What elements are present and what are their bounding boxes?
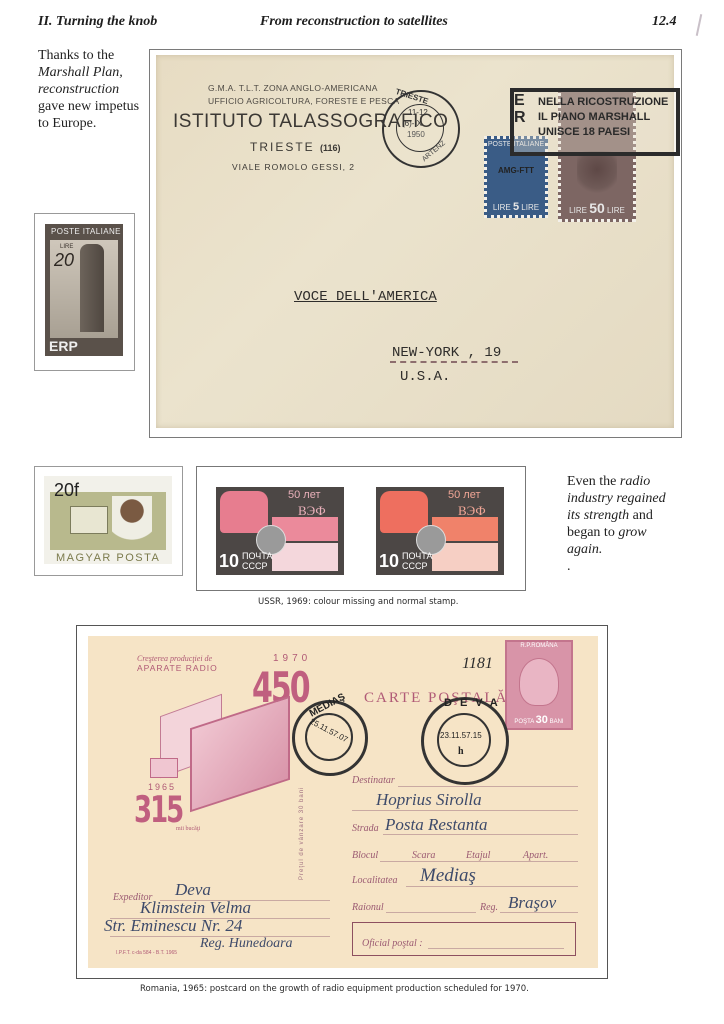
telephone-icon <box>220 491 268 533</box>
label-reg: Reg. <box>480 902 498 913</box>
addressee-name: VOCE DELL'AMERICA <box>294 289 437 305</box>
postmark-year: 1950 <box>407 130 425 139</box>
stamp-ussr-normal: 50 лет ВЭФ 10 ПОЧТАСССР <box>376 487 504 575</box>
postcard-heading-2: APARATE RADIO <box>137 663 218 673</box>
postmark-deva-inner <box>437 713 491 767</box>
stamp-ussr-colour-missing: 50 лет ВЭФ 10 ПОЧТАСССР <box>216 487 344 575</box>
letterhead-line: G.M.A. T.L.T. ZONA ANGLO-AMERICANA <box>208 83 378 93</box>
radio-text: Even the radio industry regained its str… <box>567 473 717 575</box>
stamp-erp-image: LIRE 20 <box>50 240 118 338</box>
pencil-note: 1181 <box>462 655 493 673</box>
postmark-time: 11-12 <box>408 108 428 117</box>
underline-dashed <box>390 361 518 363</box>
label-destinatar: Destinatar <box>352 775 395 786</box>
year-target: 1970 <box>273 653 311 664</box>
line <box>380 861 578 862</box>
value-reg: Braşov <box>508 893 556 913</box>
coat-of-arms-icon <box>519 658 559 706</box>
worker-figure-icon <box>80 244 104 332</box>
label-scara: Scara <box>412 850 435 861</box>
label-raionul: Raionul <box>352 902 384 913</box>
section-heading: II. Turning the knob <box>38 14 157 30</box>
page-title: From reconstruction to satellites <box>260 14 448 30</box>
price-note: Preţul de vânzare 30 bani <box>299 787 305 880</box>
intro-line: gave new impetus <box>38 98 148 115</box>
imprinted-stamp: R.P.ROMÂNA POŞTA 30 BANI <box>505 640 573 730</box>
postmark-deva-letter: h <box>458 746 464 757</box>
postmark-deva-date: 23.11.57.15 <box>440 731 482 740</box>
postcard-heading-1: Creşterea producţiei de <box>137 654 212 663</box>
letterhead-line: UFFICIO AGRICOLTURA, FORESTE E PESCA <box>208 96 400 106</box>
value-localitatea: Mediaş <box>420 865 476 887</box>
intro-line: Thanks to the <box>38 47 148 64</box>
radio-illustration-small <box>150 758 178 778</box>
olive-tree-icon <box>577 151 617 197</box>
line <box>428 948 564 949</box>
value-destinatar: Hoprius Sirolla <box>376 790 482 810</box>
label-localitatea: Localitatea <box>352 875 398 886</box>
addressee-city: NEW-YORK , 19 <box>392 345 501 361</box>
line <box>406 886 578 887</box>
stamp-hungary: 20f MAGYAR POSTA <box>44 476 172 564</box>
postcard-caption: Romania, 1965: postcard on the growth of… <box>140 984 529 994</box>
postmark-deva-town: DEVA <box>444 697 506 709</box>
telephone-icon <box>380 491 428 533</box>
intro-line: reconstruction <box>38 81 148 98</box>
line <box>386 912 476 913</box>
line <box>500 912 578 913</box>
intro-line: to Europe. <box>38 115 148 132</box>
label-etajul: Etajul <box>466 850 490 861</box>
stamp-erp-italy: POSTE ITALIANE LIRE 20 ERP <box>45 224 123 356</box>
pencil-mark <box>696 14 703 36</box>
label-blocul: Blocul <box>352 850 378 861</box>
addressee-country: U.S.A. <box>400 369 450 385</box>
letterhead-street: VIALE ROMOLO GESSI, 2 <box>232 162 355 172</box>
label-oficial: Oficial poştal : <box>362 938 423 949</box>
radio-icon <box>70 506 108 534</box>
slogan-cancel-text: NELLA RICOSTRUZIONE IL PIANO MARSHALL UN… <box>538 95 668 140</box>
letterhead-city: TRIESTE (116) <box>250 140 341 154</box>
unit-base: mii bucăţi <box>176 826 200 832</box>
label-apart: Apart. <box>523 850 548 861</box>
page-number: 12.4 <box>652 14 677 30</box>
postmark-date: (6)-IX <box>402 119 422 128</box>
intro-text: Thanks to the Marshall Plan, reconstruct… <box>38 47 148 132</box>
line <box>398 786 578 787</box>
value-strada: Posta Restanta <box>385 815 487 835</box>
printer-line: I.P.F.T. c-da 584 - B.T. 1965 <box>116 950 177 956</box>
intro-line: Marshall Plan, <box>38 64 148 81</box>
line <box>383 834 578 835</box>
sender-line-3: Str. Eminescu Nr. 24 <box>104 916 242 936</box>
sender-line-4: Reg. Hunedoara <box>200 936 293 952</box>
sender-line-1: Deva <box>175 880 211 900</box>
slogan-cancel-e: ER <box>514 92 530 142</box>
label-strada: Strada <box>352 823 379 834</box>
ussr-caption: USSR, 1969: colour missing and normal st… <box>258 597 458 607</box>
woman-figure-icon <box>112 496 152 546</box>
sender-line-2: Klimstein Velma <box>140 898 251 918</box>
line <box>352 810 578 811</box>
